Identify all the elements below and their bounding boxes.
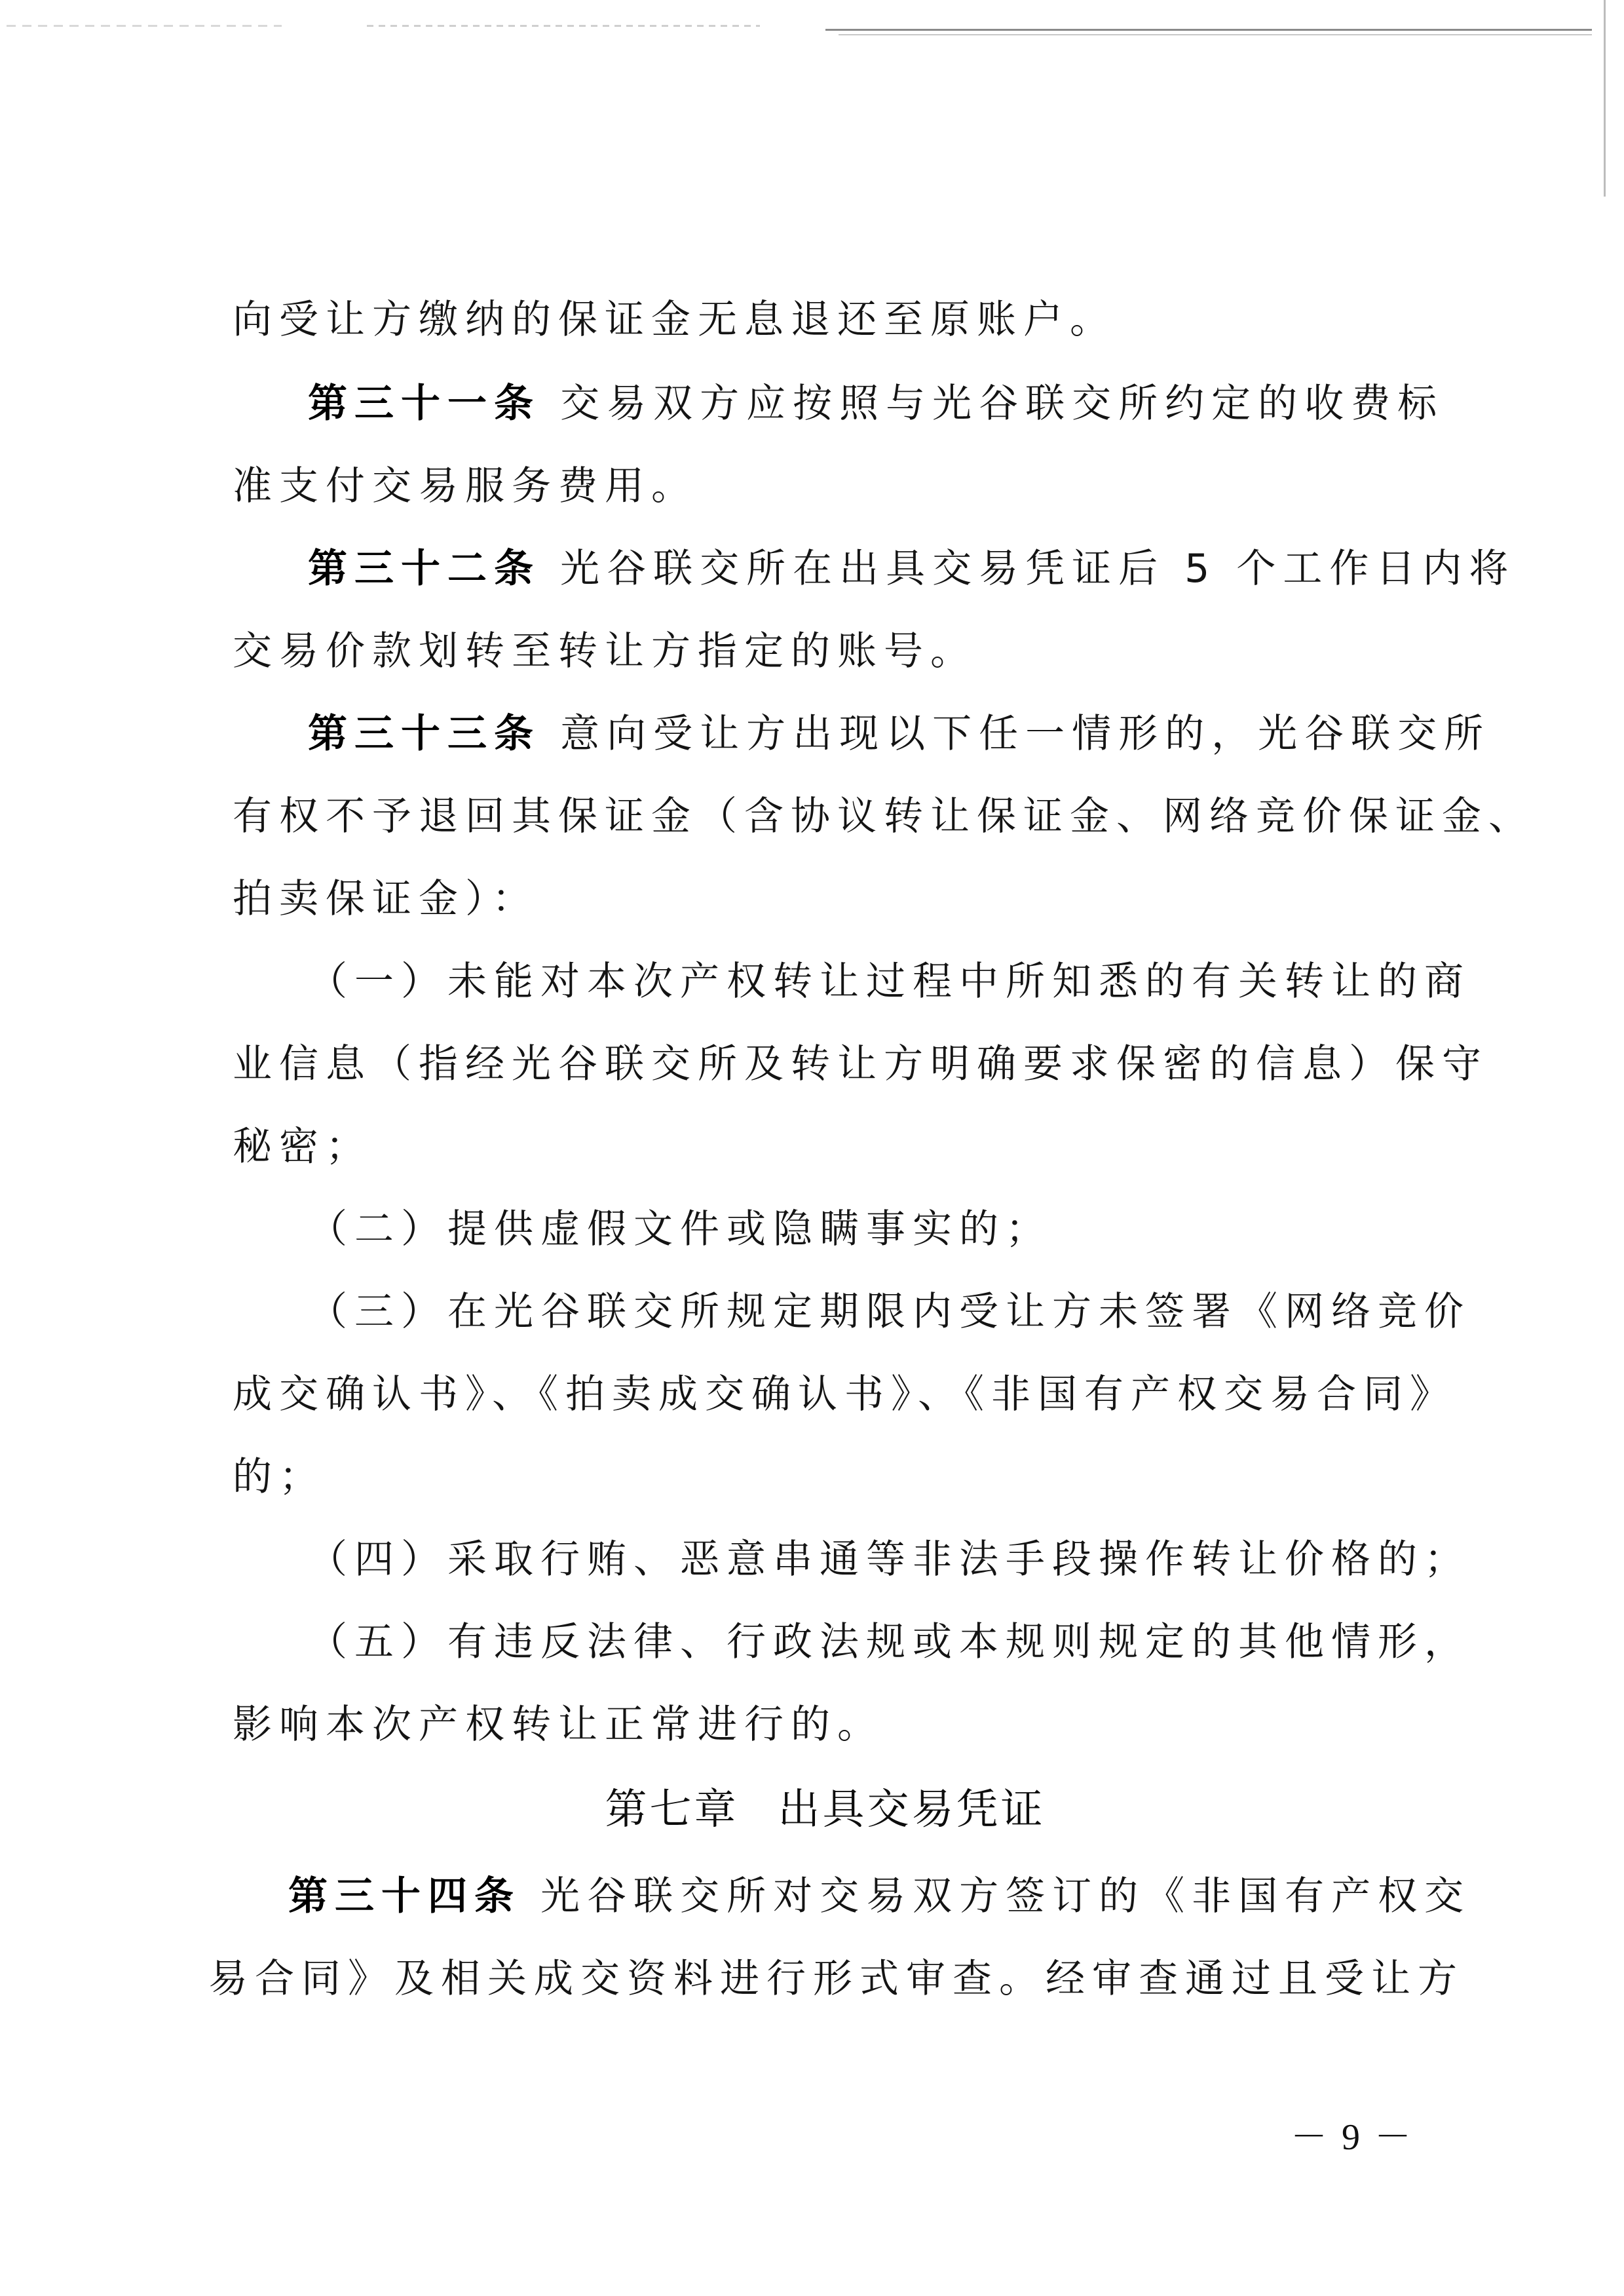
body-text: （五）有违反法律、行政法规或本规则规定的其他情形， [308,1619,1471,1665]
item-2-line-1: （二）提供虚假文件或隐瞒事实的； [308,1206,1052,1253]
article-32-line-1: 第三十二条 光谷联交所在出具交易凭证后 5 个工作日内将 [308,545,1515,592]
body-text: 交易价款划转至转让方指定的账号。 [233,628,977,674]
body-text: 光谷联交所在出具交易凭证后 5 个工作日内将 [540,546,1515,592]
body-text: 成交确认书》、《拍卖成交确认书》、《非国有产权交易合同》 [233,1371,1456,1417]
article-32-line-2: 交易价款划转至转让方指定的账号。 [233,628,977,675]
body-text: 业信息（指经光谷联交所及转让方明确要求保密的信息）保守 [233,1041,1488,1087]
item-3-line-2: 成交确认书》、《拍卖成交确认书》、《非国有产权交易合同》 [233,1371,1456,1418]
article-34-line-2: 易合同》及相关成交资料进行形式审查。经审查通过且受让方 [208,1955,1464,2002]
body-text: 向受让方缴纳的保证金无息退还至原账户。 [233,297,1116,343]
body-text: 有权不予退回其保证金（含协议转让保证金、网络竞价保证金、 [233,794,1535,839]
body-text: 影响本次产权转让正常进行的。 [233,1702,884,1748]
scan-edge-artifact [1604,0,1606,197]
item-1-line-1: （一）未能对本次产权转让过程中所知悉的有关转让的商 [308,958,1471,1005]
scan-dash-mid [367,25,760,27]
item-4-line-1: （四）采取行贿、恶意串通等非法手段操作转让价格的； [308,1536,1471,1583]
scan-rule-right [825,29,1592,31]
article-heading: 第三十三条 [308,711,540,757]
page-number: － 9 － [1291,2118,1414,2157]
paragraph-continuation: 向受让方缴纳的保证金无息退还至原账户。 [233,296,1116,343]
item-3-line-1: （三）在光谷联交所规定期限内受让方未签署《网络竞价 [308,1288,1471,1335]
scan-rule-right-secondary [839,34,1592,35]
body-text: 光谷联交所对交易双方签订的《非国有产权交 [521,1873,1471,1919]
body-text: （四）采取行贿、恶意串通等非法手段操作转让价格的； [308,1537,1471,1582]
article-heading: 第三十二条 [308,546,540,592]
scan-header-artifact [0,22,1592,39]
scan-dash-left [7,25,282,27]
article-33-line-1: 第三十三条 意向受让方出现以下任一情形的，光谷联交所 [308,710,1490,757]
article-33-line-2: 有权不予退回其保证金（含协议转让保证金、网络竞价保证金、 [233,793,1535,840]
item-1-line-3: 秘密； [233,1123,372,1170]
body-text: 拍卖保证金）： [233,876,538,922]
article-31-line-1: 第三十一条 交易双方应按照与光谷联交所约定的收费标 [308,380,1444,427]
body-text: （一）未能对本次产权转让过程中所知悉的有关转让的商 [308,959,1471,1004]
item-5-line-1: （五）有违反法律、行政法规或本规则规定的其他情形， [308,1618,1471,1666]
article-33-line-3: 拍卖保证金）： [233,875,538,923]
article-31-line-2: 准支付交易服务费用。 [233,463,698,510]
item-5-line-2: 影响本次产权转让正常进行的。 [233,1701,884,1748]
body-text: （二）提供虚假文件或隐瞒事实的； [308,1206,1052,1252]
body-text: （三）在光谷联交所规定期限内受让方未签署《网络竞价 [308,1289,1471,1335]
body-text: 易合同》及相关成交资料进行形式审查。经审查通过且受让方 [208,1956,1464,2002]
article-heading: 第三十一条 [308,381,540,427]
chapter-title: 出具交易凭证 [778,1786,1046,1834]
body-text: 准支付交易服务费用。 [233,463,698,509]
document-page: 向受让方缴纳的保证金无息退还至原账户。 第三十一条 交易双方应按照与光谷联交所约… [0,0,1624,2296]
body-text: 的； [233,1454,326,1500]
item-3-line-3: 的； [233,1453,326,1501]
body-text: 交易双方应按照与光谷联交所约定的收费标 [540,381,1444,427]
item-1-line-2: 业信息（指经光谷联交所及转让方明确要求保密的信息）保守 [233,1041,1488,1088]
article-heading: 第三十四条 [288,1873,521,1919]
body-text: 意向受让方出现以下任一情形的，光谷联交所 [540,711,1490,757]
chapter-heading: 第七章出具交易凭证 [0,1785,1624,1835]
chapter-number: 第七章 [605,1786,739,1834]
body-text: 秘密； [233,1124,372,1170]
article-34-line-1: 第三十四条 光谷联交所对交易双方签订的《非国有产权交 [288,1873,1471,1920]
